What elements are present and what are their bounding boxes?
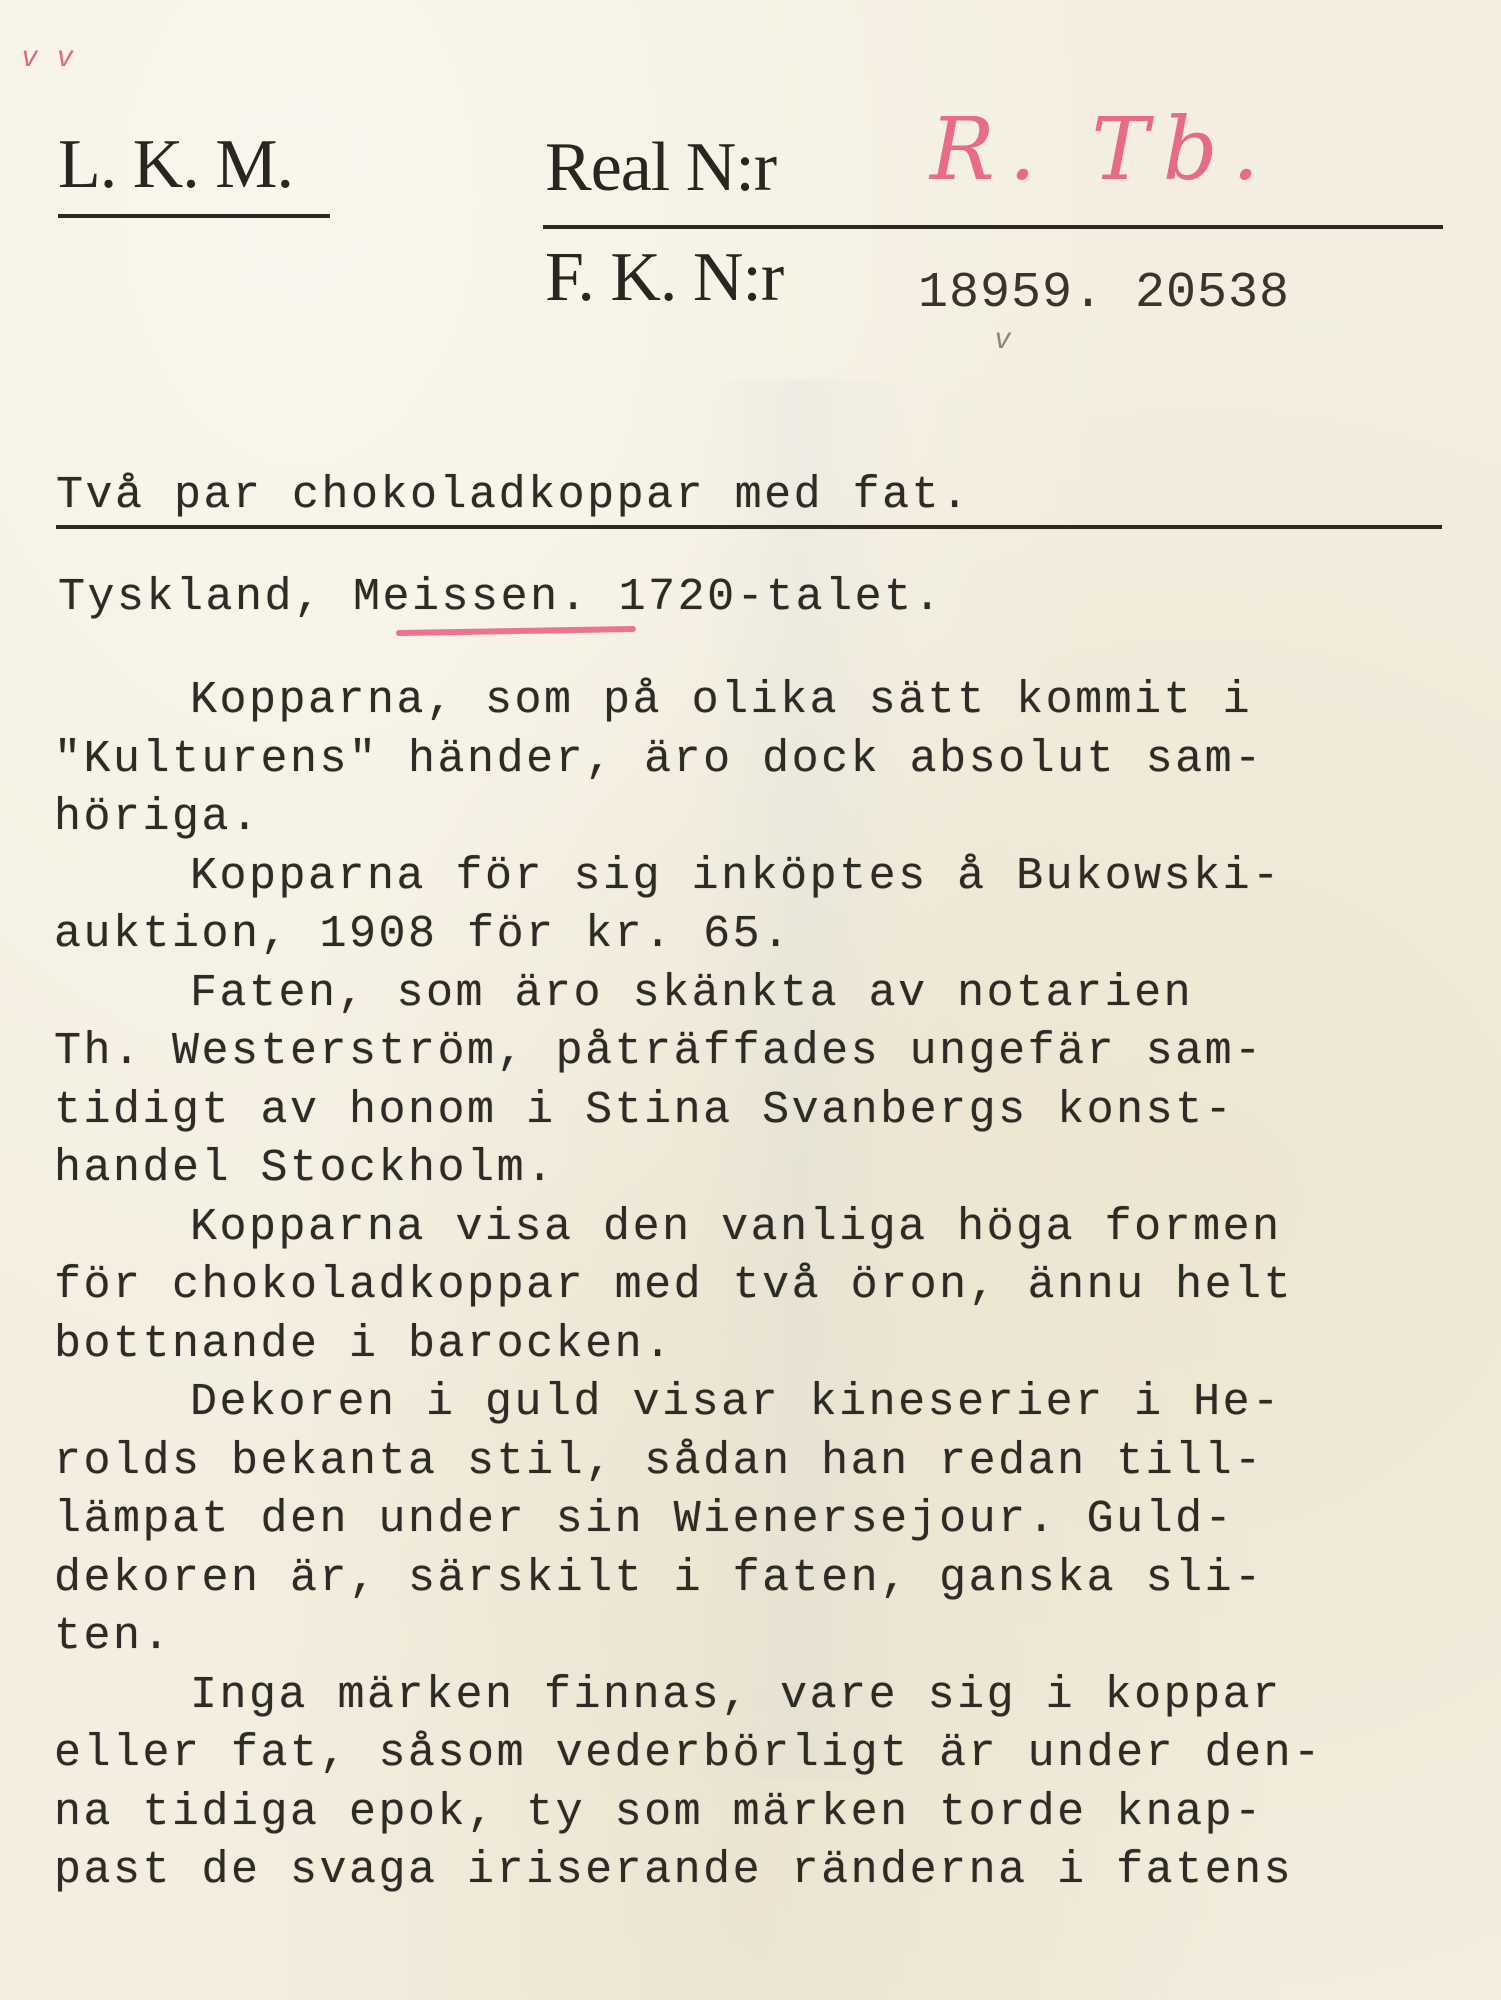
body-text: Kopparna, som på olika sätt kommit i"Kul… (54, 672, 1474, 1901)
body-line: höriga. (54, 789, 1474, 848)
body-line: past de svaga iriserande ränderna i fate… (54, 1842, 1474, 1901)
org-underline (58, 214, 330, 218)
body-line: auktion, 1908 för kr. 65. (54, 906, 1474, 965)
body-line: Inga märken finnas, vare sig i koppar (54, 1667, 1474, 1726)
body-line: Faten, som äro skänkta av notarien (54, 965, 1474, 1024)
body-line: rolds bekanta stil, sådan han redan till… (54, 1433, 1474, 1492)
org-label: L. K. M. (58, 130, 293, 200)
body-line: tidigt av honom i Stina Svanbergs konst- (54, 1082, 1474, 1141)
header-rule (543, 225, 1443, 229)
body-line: Kopparna visa den vanliga höga formen (54, 1199, 1474, 1258)
body-line: Dekoren i guld visar kineserier i He- (54, 1374, 1474, 1433)
red-check-marks: v v (22, 40, 78, 74)
body-line: ten. (54, 1608, 1474, 1667)
body-line: för chokoladkoppar med två öron, ännu he… (54, 1257, 1474, 1316)
body-line: Kopparna för sig inköptes å Bukowski- (54, 848, 1474, 907)
fk-number-value: 18959. 20538 (918, 265, 1290, 322)
fk-number-label: F. K. N:r (545, 243, 783, 313)
red-underline-meissen (396, 626, 636, 636)
body-line: dekoren är, särskilt i faten, ganska sli… (54, 1550, 1474, 1609)
origin-line: Tyskland, Meissen. 1720-talet. (58, 572, 943, 623)
title-underline (56, 525, 1442, 529)
document-title: Två par chokoladkoppar med fat. (56, 470, 971, 521)
fk-check-mark: v (995, 322, 1010, 356)
body-line: eller fat, såsom vederbörligt är under d… (54, 1725, 1474, 1784)
body-line: bottnande i barocken. (54, 1316, 1474, 1375)
real-number-label: Real N:r (545, 133, 776, 203)
body-line: lämpat den under sin Wienersejour. Guld- (54, 1491, 1474, 1550)
body-line: na tidiga epok, ty som märken torde knap… (54, 1784, 1474, 1843)
body-line: Th. Westerström, påträffades ungefär sam… (54, 1023, 1474, 1082)
body-line: "Kulturens" händer, äro dock absolut sam… (54, 731, 1474, 790)
body-line: Kopparna, som på olika sätt kommit i (54, 672, 1474, 731)
body-line: handel Stockholm. (54, 1140, 1474, 1199)
real-number-handwritten: R. Tb. (930, 100, 1273, 200)
